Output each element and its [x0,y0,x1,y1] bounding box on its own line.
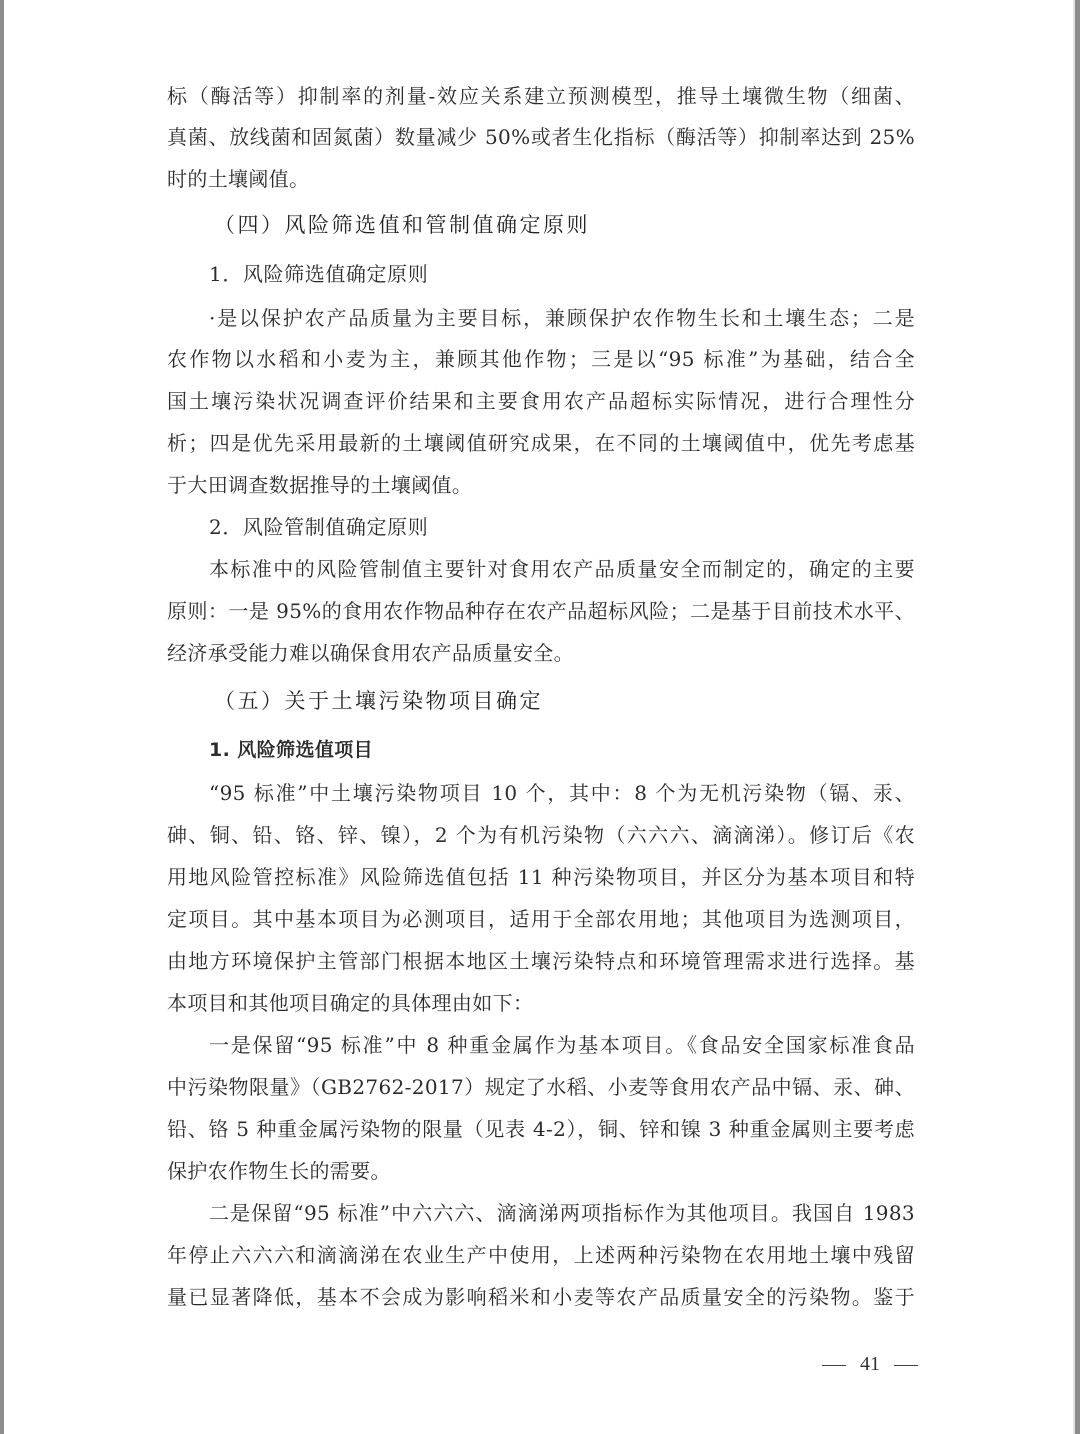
section-heading-5: （五）关于土壤污染物项目确定 [214,686,543,716]
paragraph-line: 国土壤污染状况调查评价结果和主要食用农产品超标实际情况，进行合理性分 [167,386,915,416]
paragraph-line: 量已显著降低，基本不会成为影响稻米和小麦等农产品质量安全的污染物。鉴于 [167,1282,915,1312]
paragraph-line: 析；四是优先采用最新的土壤阈值研究成果，在不同的土壤阈值中，优先考虑基 [167,428,915,458]
paragraph-line: 于大田调查数据推导的土壤阈值。 [167,470,915,500]
paragraph-line: 真菌、放线菌和固氮菌）数量减少 50%或者生化指标（酶活等）抑制率达到 25% [167,122,915,152]
paragraph-line: “95 标准”中土壤污染物项目 10 个，其中：8 个为无机污染物（镉、汞、 [209,778,915,808]
paragraph-line: 农作物以水稻和小麦为主，兼顾其他作物；三是以“95 标准”为基础，结合全 [167,344,915,374]
viewer-right-edge [1075,0,1080,1434]
paragraph-line: 保护农作物生长的需要。 [167,1156,915,1186]
paragraph-line: 砷、铜、铅、铬、锌、镍），2 个为有机污染物（六六六、滴滴涕）。修订后《农 [167,820,915,850]
subsection-heading: 2．风险管制值确定原则 [209,512,428,542]
paragraph-line: ·是以保护农产品质量为主要目标，兼顾保护农作物生长和土壤生态；二是 [209,303,915,333]
dash-left [822,1365,846,1366]
paragraph-line: 由地方环境保护主管部门根据本地区土壤污染特点和环境管理需求进行选择。基 [167,946,915,976]
dash-right [894,1365,918,1366]
viewer-left-edge [0,0,4,1434]
paragraph-line: 原则：一是 95%的食用农作物品种存在农产品超标风险；二是基于目前技术水平、 [167,596,915,626]
paragraph-line: 二是保留“95 标准”中六六六、滴滴涕两项指标作为其他项目。我国自 1983 [209,1198,915,1228]
page-number: 41 [808,1349,932,1379]
paragraph-line: 年停止六六六和滴滴涕在农业生产中使用，上述两种污染物在农用地土壤中残留 [167,1240,915,1270]
paragraph-line: 铅、铬 5 种重金属污染物的限量（见表 4-2），铜、锌和镍 3 种重金属则主要… [167,1114,915,1144]
paragraph-line: 本标准中的风险管制值主要针对食用农产品质量安全而制定的，确定的主要 [209,554,915,584]
paragraph-line: 定项目。其中基本项目为必测项目，适用于全部农用地；其他项目为选测项目， [167,904,915,934]
paragraph-line: 中污染物限量》（GB2762-2017）规定了水稻、小麦等食用农产品中镉、汞、砷… [167,1072,915,1102]
paragraph-line: 用地风险管控标准》风险筛选值包括 11 种污染物项目，并区分为基本项目和特 [167,862,915,892]
paragraph-line: 一是保留“95 标准”中 8 种重金属作为基本项目。《食品安全国家标准食品 [209,1030,915,1060]
paragraph-line: 标（酶活等）抑制率的剂量-效应关系建立预测模型，推导土壤微生物（细菌、 [167,81,915,111]
page-number-value: 41 [860,1353,880,1375]
paragraph-line: 时的土壤阈值。 [167,164,915,194]
section-heading-4: （四）风险筛选值和管制值确定原则 [214,210,590,240]
subsection-heading: 1．风险筛选值确定原则 [209,259,428,289]
paragraph-line: 经济承受能力难以确保食用农产品质量安全。 [167,638,915,668]
paragraph-line: 本项目和其他项目确定的具体理由如下： [167,988,915,1018]
subsection-heading-bold: 1. 风险筛选值项目 [209,735,373,765]
